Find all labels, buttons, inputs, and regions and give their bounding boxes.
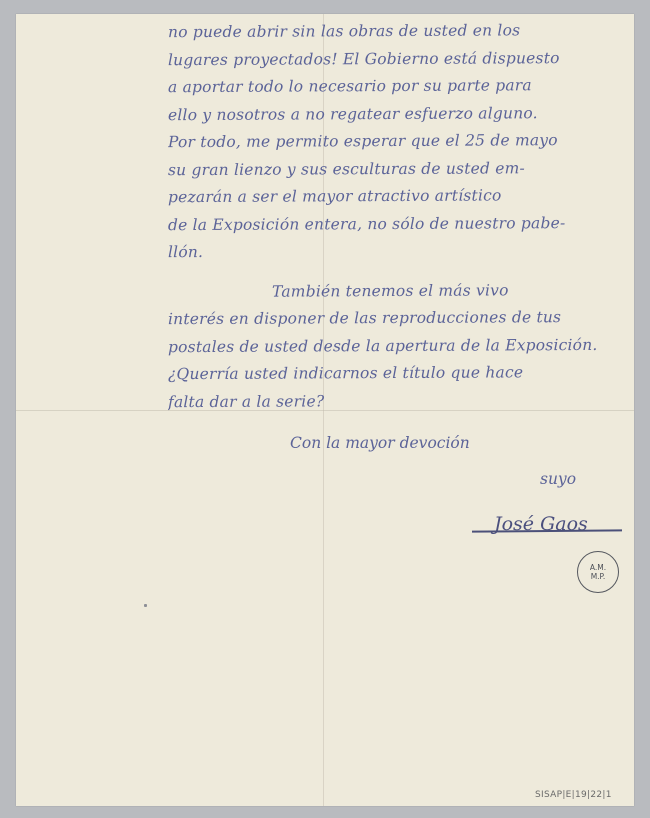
body-line: a aportar todo lo necesario por su parte… [168, 72, 614, 102]
paragraph2-line: interés en disponer de las reproduccione… [168, 304, 614, 334]
archive-reference: SISAP|E|19|22|1 [535, 790, 612, 800]
paragraph2-line: falta dar a la serie? [168, 386, 614, 416]
archive-stamp: A.M. M.P. [577, 551, 619, 593]
stamp-line-1: A.M. [578, 563, 618, 572]
body-line: Por todo, me permito esperar que el 25 d… [168, 127, 614, 157]
body-line: ello y nosotros a no regatear esfuerzo a… [168, 99, 614, 129]
body-line: su gran lienzo y sus esculturas de usted… [168, 154, 614, 184]
letter-body: no puede abrir sin las obras de usted en… [168, 18, 614, 415]
paragraph2-line: ¿Querría usted indicarnos el título que … [168, 359, 614, 389]
body-line: no puede abrir sin las obras de usted en… [168, 17, 614, 47]
closing-yours: suyo [540, 470, 576, 488]
paper-speck [144, 604, 147, 607]
paragraph2-line: También tenemos el más vivo [168, 276, 614, 306]
body-line: lugares proyectados! El Gobierno está di… [168, 44, 614, 74]
body-line: pezarán a ser el mayor atractivo artísti… [168, 182, 614, 212]
paragraph2-line: postales de usted desde la apertura de l… [168, 331, 614, 361]
stamp-line-2: M.P. [578, 572, 618, 581]
closing-salutation: Con la mayor devoción [290, 434, 470, 452]
body-line: de la Exposición entera, no sólo de nues… [168, 209, 614, 239]
body-line: llón. [168, 237, 614, 267]
